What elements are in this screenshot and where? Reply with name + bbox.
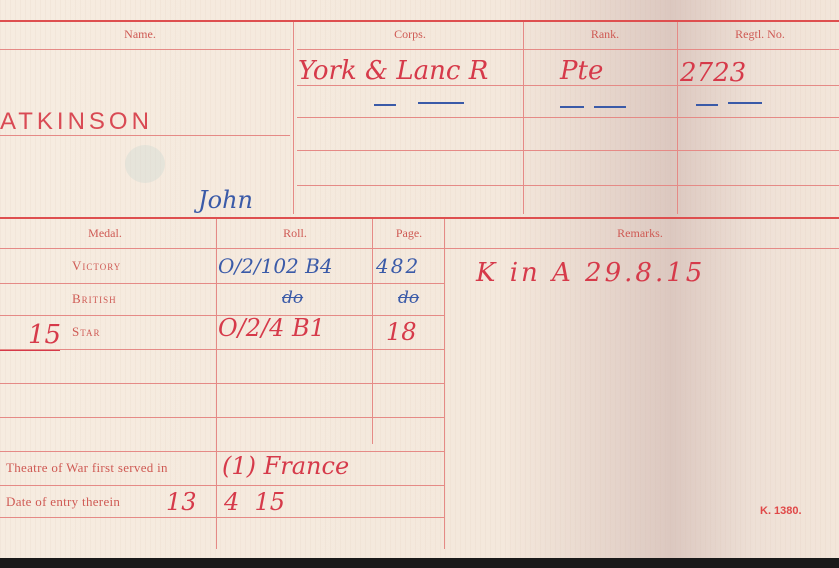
regtl-no-ditto-mark bbox=[728, 102, 762, 104]
section-divider-rule bbox=[0, 217, 839, 219]
star-page: 18 bbox=[386, 318, 417, 346]
row-rule bbox=[0, 283, 444, 284]
corps-ditto-mark bbox=[418, 102, 464, 104]
name-header: Name. bbox=[90, 27, 190, 42]
rank-ditto-mark bbox=[594, 106, 626, 108]
scan-edge bbox=[0, 558, 839, 568]
rank-header: Rank. bbox=[555, 27, 655, 42]
corps-ditto-mark bbox=[374, 104, 396, 106]
star-roll: O/2/4 B1 bbox=[218, 314, 325, 342]
date-entry-month-year: 4 15 bbox=[224, 488, 285, 516]
row-rule bbox=[0, 417, 444, 418]
regtl-no-value: 2723 bbox=[680, 58, 746, 88]
rank-value: Pte bbox=[560, 56, 603, 86]
column-divider bbox=[293, 22, 294, 214]
british-roll-ditto: do bbox=[282, 288, 303, 308]
row-rule bbox=[0, 517, 444, 518]
theatre-value: (1) France bbox=[222, 452, 349, 480]
ink-stain bbox=[125, 145, 165, 183]
rank-ditto-mark bbox=[560, 106, 584, 108]
star-prefix-1915: 15 bbox=[28, 320, 61, 350]
british-page-ditto: do bbox=[398, 288, 419, 308]
remarks-value: K in A 29.8.15 bbox=[476, 258, 705, 288]
date-entry-day: 13 bbox=[166, 488, 197, 516]
header-underline-rule bbox=[0, 49, 290, 50]
page-header: Page. bbox=[375, 226, 443, 241]
regtl-no-header: Regtl. No. bbox=[705, 27, 815, 42]
row-rule bbox=[297, 150, 839, 151]
corps-header: Corps. bbox=[360, 27, 460, 42]
theatre-label: Theatre of War first served in bbox=[6, 460, 168, 476]
row-rule bbox=[0, 383, 444, 384]
top-rule bbox=[0, 20, 839, 22]
victory-roll: O/2/102 B4 bbox=[218, 254, 333, 278]
medal-star-label: Star bbox=[72, 324, 101, 340]
medal-victory-label: Victory bbox=[72, 258, 121, 274]
row-rule bbox=[297, 117, 839, 118]
row-rule bbox=[0, 248, 839, 249]
medal-british-label: British bbox=[72, 291, 117, 307]
row-rule bbox=[0, 485, 444, 486]
regtl-no-ditto-mark bbox=[696, 104, 718, 106]
remarks-header: Remarks. bbox=[590, 226, 690, 241]
column-divider bbox=[444, 219, 445, 549]
date-entry-label: Date of entry therein bbox=[6, 494, 120, 510]
medal-index-card: Name. Corps. Rank. Regtl. No. ATKINSON J… bbox=[0, 0, 839, 558]
column-divider bbox=[216, 219, 217, 549]
surname: ATKINSON bbox=[0, 108, 153, 136]
forename: John bbox=[198, 186, 253, 214]
star-prefix-underline bbox=[0, 350, 60, 351]
roll-header: Roll. bbox=[245, 226, 345, 241]
row-rule bbox=[297, 185, 839, 186]
header-underline-rule bbox=[297, 49, 839, 50]
form-number: K. 1380. bbox=[760, 505, 802, 517]
medal-header: Medal. bbox=[55, 226, 155, 241]
row-rule bbox=[0, 349, 444, 350]
corps-value: York & Lanc R bbox=[298, 56, 488, 86]
victory-page: 482 bbox=[376, 254, 420, 278]
column-divider bbox=[372, 219, 373, 444]
